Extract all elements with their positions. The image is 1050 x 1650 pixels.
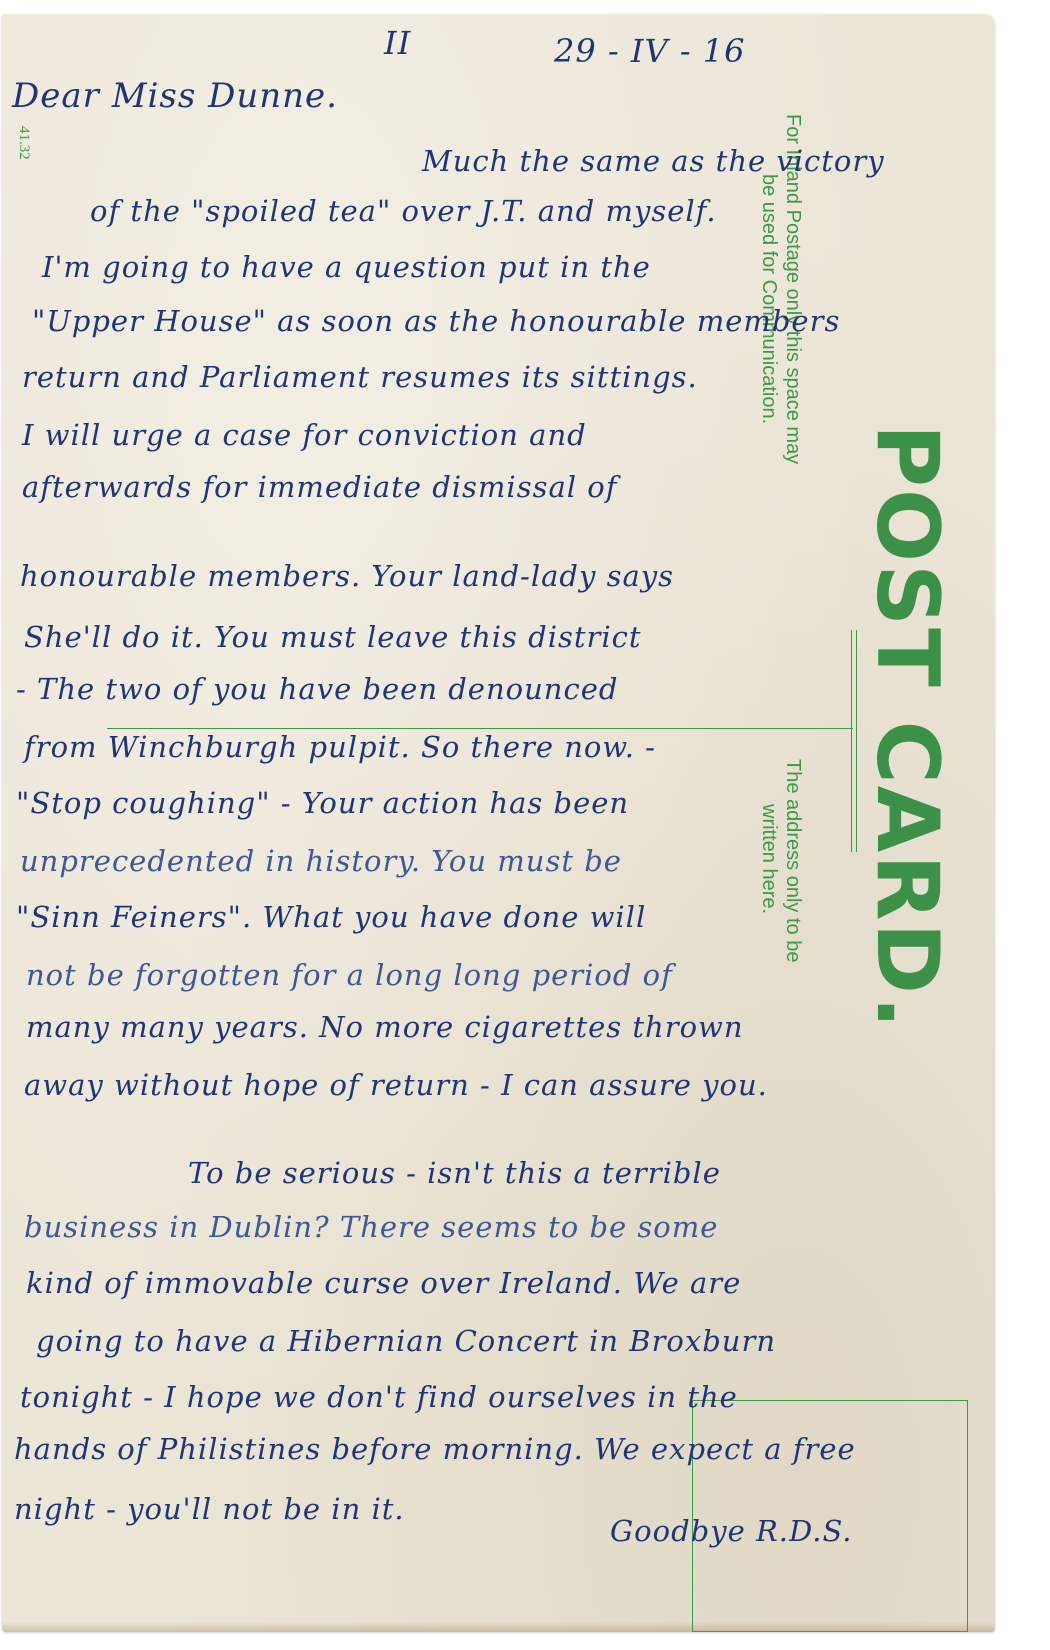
letter-line: I'm going to have a question put in the xyxy=(42,250,651,284)
communication-notice-line2: be used for Communication. xyxy=(758,174,780,424)
address-notice-line1: The address only to be xyxy=(782,759,804,962)
letter-line: kind of immovable curse over Ireland. We… xyxy=(26,1266,741,1300)
divider-horizontal xyxy=(107,728,853,729)
letter-line: away without hope of return - I can assu… xyxy=(24,1068,768,1102)
letter-line: not be forgotten for a long long period … xyxy=(26,958,673,992)
letter-line: Much the same as the victory xyxy=(422,144,885,178)
postcard: 41.32 For Inland Postage only this space… xyxy=(2,14,995,1632)
letter-line: afterwards for immediate dismissal of xyxy=(22,470,617,504)
letter-line: of the "spoiled tea" over J.T. and mysel… xyxy=(90,194,717,228)
letter-line: business in Dublin? There seems to be so… xyxy=(24,1210,718,1244)
letter-line: night - you'll not be in it. xyxy=(14,1492,405,1526)
letter-line: honourable members. Your land-lady says xyxy=(20,559,674,593)
divider-vertical-left xyxy=(851,630,852,852)
letter-line: from Winchburgh pulpit. So there now. - xyxy=(24,730,656,764)
letter-line: many many years. No more cigarettes thro… xyxy=(26,1010,744,1044)
letter-line: - The two of you have been denounced xyxy=(16,672,618,706)
salutation: Dear Miss Dunne. xyxy=(12,76,338,116)
letter-line: unprecedented in history. You must be xyxy=(20,844,622,878)
letter-line: "Sinn Feiners". What you have done will xyxy=(16,900,646,934)
letter-line: I will urge a case for conviction and xyxy=(22,418,587,452)
signature: Goodbye R.D.S. xyxy=(610,1514,853,1548)
letter-line: To be serious - isn't this a terrible xyxy=(188,1156,721,1190)
header-number: II xyxy=(384,24,411,62)
letter-line: hands of Philistines before morning. We … xyxy=(14,1432,856,1466)
letter-line: tonight - I hope we don't find ourselves… xyxy=(20,1380,738,1414)
catalog-code: 41.32 xyxy=(15,126,32,160)
letter-line: "Stop coughing" - Your action has been xyxy=(16,786,629,820)
letter-line: "Upper House" as soon as the honourable … xyxy=(32,304,840,338)
letter-line: return and Parliament resumes its sittin… xyxy=(22,360,698,394)
post-card-title: POST CARD. xyxy=(864,424,950,1031)
address-notice-line2: written here. xyxy=(758,804,780,914)
letter-line: going to have a Hibernian Concert in Bro… xyxy=(36,1324,776,1358)
letter-line: She'll do it. You must leave this distri… xyxy=(24,620,642,654)
divider-vertical-right xyxy=(856,630,857,852)
letter-date: 29 - IV - 16 xyxy=(554,32,746,70)
